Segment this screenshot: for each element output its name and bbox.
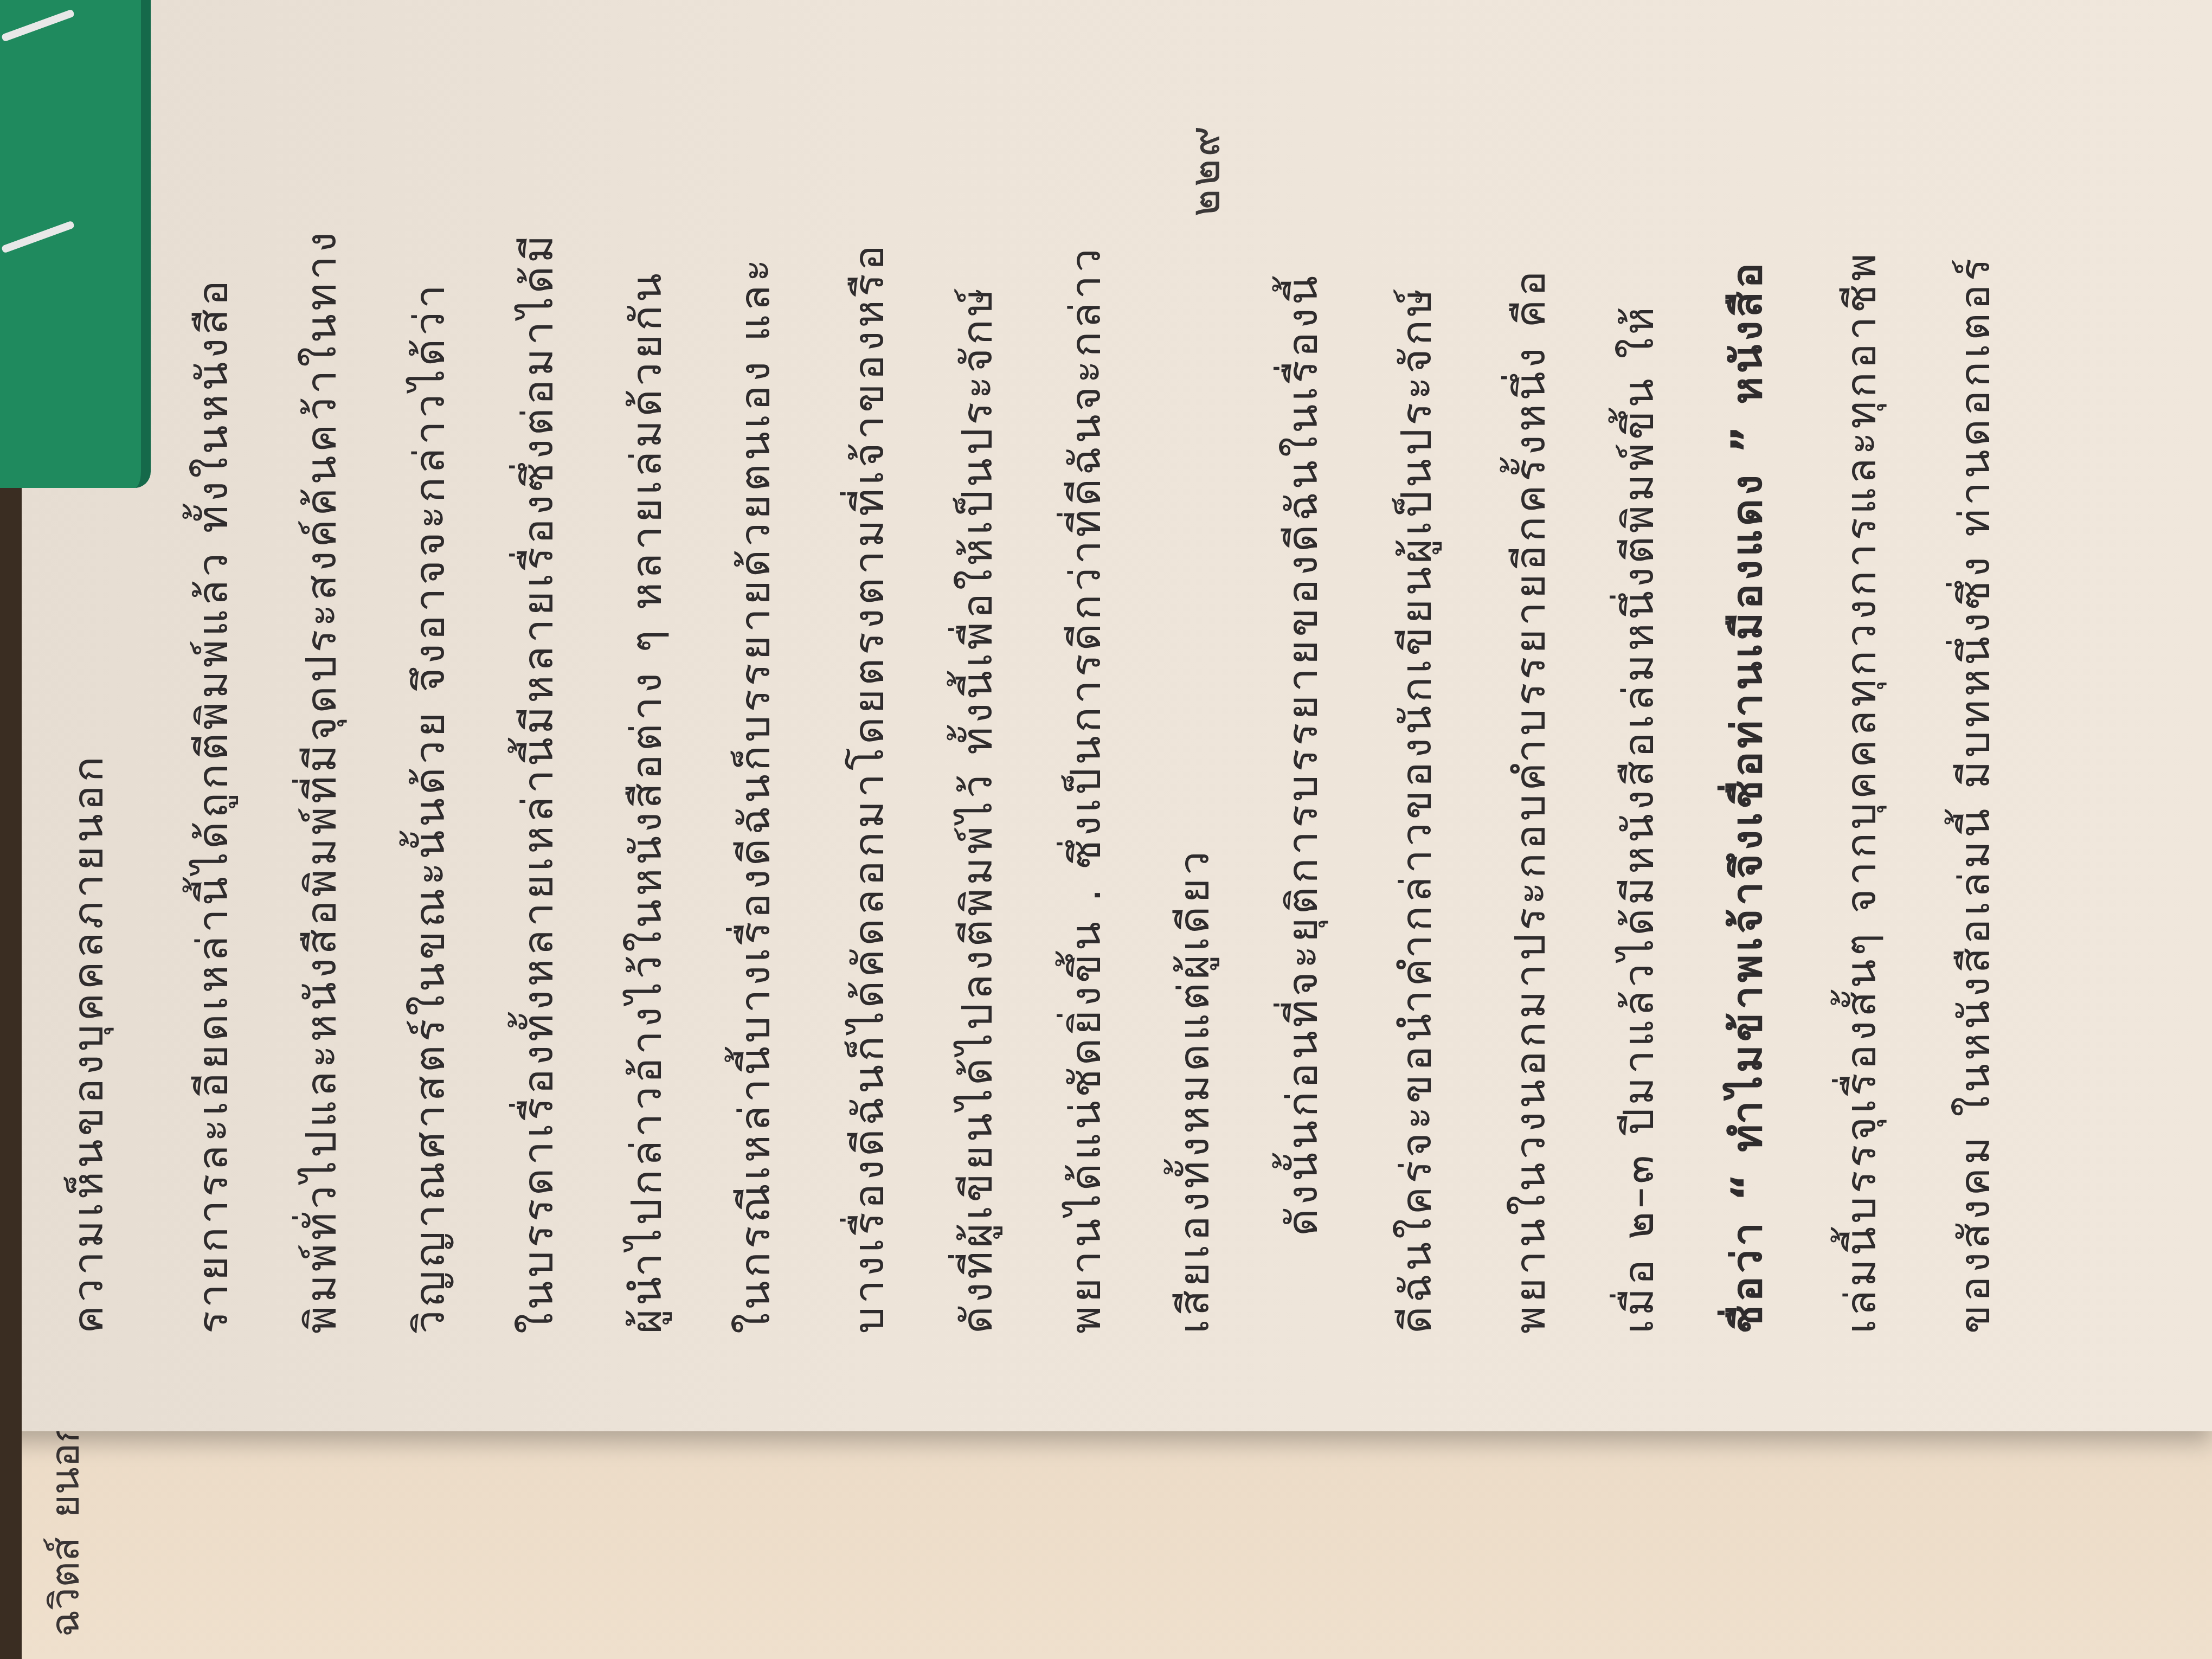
prev-fragment: ยนอก: [33, 1419, 97, 1518]
text-line: ความเห็นของบุคคลภายนอก: [54, 753, 121, 1334]
text-line: ในบรรดาเรื่องทั้งหลายเหล่านี้มีหลายเรื่อ…: [504, 232, 571, 1334]
text-line: เล่มนี้บรรจุเรื่องสั้นๆ จากบุคคลทุกวงการ…: [1827, 250, 1894, 1334]
page-text-frame: ๒๒๙ ความเห็นของบุคคลภายนอก รายการละเอียด…: [0, 0, 2212, 1431]
book-page: ๒๒๙ ความเห็นของบุคคลภายนอก รายการละเอียด…: [0, 0, 2212, 1431]
text-line: ในกรณีเหล่านี้บางเรื่องดีฉันก็บรรยายด้วย…: [721, 256, 788, 1334]
green-binder-clip: [0, 0, 151, 488]
text-line: บางเรื่องดีฉันก็ได้คัดลอกมาโดยตรงตามที่เ…: [835, 242, 902, 1334]
text-line: เสียเองทั้งหมดแต่ผู้เดียว: [1160, 848, 1227, 1334]
binder-wire: [1, 220, 75, 253]
page-number: ๒๒๙: [1171, 124, 1238, 217]
text-line: ของสังคม ในหนังสือเล่มนี้ มีบทหนึ่งซึ่ง …: [1941, 255, 2008, 1334]
text-line: พยานได้แน่ชัดยิ่งขึ้น . ซึ่งเป็นการดีกว่…: [1052, 245, 1119, 1334]
text-line: ดังนั้นก่อนที่จะยุติการบรรยายของดีฉันในเ…: [1269, 273, 1336, 1236]
text-line: ดังที่ผู้เขียนได้ไปลงตีพิมพ์ไว้ ทั้งนี้เ…: [943, 285, 1011, 1334]
text-line: ผู้นำไปกล่าวอ้างไว้ในหนังสือต่าง ๆ หลายเ…: [613, 270, 680, 1334]
text-line: พิมพ์ทั่วไปและหนังสือพิมพ์ที่มีจุดประสงค…: [287, 229, 355, 1334]
prev-fragment: ฉวิตส์: [33, 1537, 97, 1637]
binder-wire: [1, 9, 75, 42]
text-line: ดีฉันใคร่จะขอนำคำกล่าวของนักเขียนผู้เป็น…: [1382, 286, 1450, 1334]
text-line: พยานในวงนอกมาประกอบคำบรรยายอีกครั้งหนึ่ง…: [1496, 268, 1564, 1334]
text-line-with-title: ชื่อว่า “ ทำไมข้าพเจ้าจึงเชื่อท่านเมืองแ…: [1713, 260, 1780, 1334]
text-line: วิญญาณศาสตร์ในขณะนั้นด้วย จึงอาจจะกล่าวไ…: [396, 281, 463, 1334]
text-line: เมื่อ ๒–๓ ปีมาแล้วได้มีหนังสือเล่มหนึ่งต…: [1605, 304, 1672, 1334]
previous-page-text: ฉวิตส์ ยนอก ที่นำ มีเหตุ ของ นั้นจะ จริง…: [0, 1431, 2212, 1659]
text-line: รายการละเอียดเหล่านี้ได้ถูกตีพิมพ์แล้ว ท…: [179, 277, 246, 1334]
table-shadow: [0, 488, 22, 1659]
